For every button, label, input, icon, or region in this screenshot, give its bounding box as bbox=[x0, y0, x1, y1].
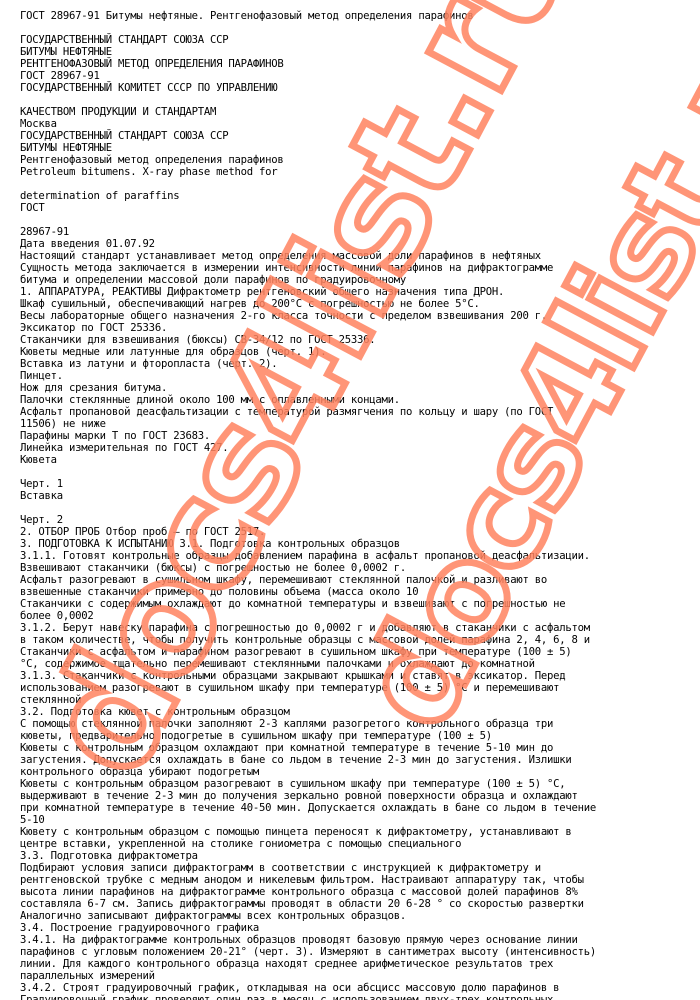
document-line: в таком количестве, чтобы получить контр… bbox=[20, 634, 700, 646]
document-line: Градуировочный график проверяют один раз… bbox=[20, 994, 700, 1000]
document-line: 28967-91 bbox=[20, 226, 700, 238]
document-line: Кювету с контрольным образцом с помощью … bbox=[20, 826, 700, 838]
document-line: Подбирают условия записи дифрактограмм в… bbox=[20, 862, 700, 874]
document-line: Асфальт пропановой деасфальтизации с тем… bbox=[20, 406, 700, 418]
blank-line bbox=[20, 502, 700, 514]
document-line: ГОСУДАРСТВЕННЫЙ КОМИТЕТ СССР ПО УПРАВЛЕН… bbox=[20, 82, 700, 94]
document-line: Вставка из латуни и фторопласта (черт. 2… bbox=[20, 358, 700, 370]
document-line: высота линии парафинов на дифрактограмме… bbox=[20, 886, 700, 898]
document-line: ГОСТ 28967-91 Битумы нефтяные. Рентгеноф… bbox=[20, 10, 700, 22]
document-line: парафинов с угловым положением 20-21° (ч… bbox=[20, 946, 700, 958]
document-line: 3.4. Построение градуировочного графика bbox=[20, 922, 700, 934]
document-line: Взвешивают стаканчики (бюксы) с погрешно… bbox=[20, 562, 700, 574]
document-line: ГОСТ 28967-91 bbox=[20, 70, 700, 82]
document-line: Палочки стеклянные длиной около 100 мм с… bbox=[20, 394, 700, 406]
document-line: Нож для срезания битума. bbox=[20, 382, 700, 394]
document-line: битума и определении массовой доли параф… bbox=[20, 274, 700, 286]
blank-line bbox=[20, 22, 700, 34]
document-line: 3. ПОДГОТОВКА К ИСПЫТАНИЮ 3.1. Подготовк… bbox=[20, 538, 700, 550]
document-line: Стаканчики с асфальтом и парафином разог… bbox=[20, 646, 700, 658]
blank-line bbox=[20, 94, 700, 106]
document-line: контрольного образца убирают подогретым bbox=[20, 766, 700, 778]
document-line: 3.3. Подготовка дифрактометра bbox=[20, 850, 700, 862]
document-line: 3.1.2. Берут навеску парафина с погрешно… bbox=[20, 622, 700, 634]
document-line: 1. АППАРАТУРА, РЕАКТИВЫ Дифрактометр рен… bbox=[20, 286, 700, 298]
document-line: центре вставки, укрепленной на столике г… bbox=[20, 838, 700, 850]
document-line: БИТУМЫ НЕФТЯНЫЕ bbox=[20, 46, 700, 58]
document-line: более 0,0002 bbox=[20, 610, 700, 622]
document-line: Черт. 1 bbox=[20, 478, 700, 490]
document-line: Кюветы медные или латунные для образцов … bbox=[20, 346, 700, 358]
document-line: взвешенные стаканчики примерно до полови… bbox=[20, 586, 700, 598]
document-line: 2. ОТБОР ПРОБ Отбор проб — по ГОСТ 2517. bbox=[20, 526, 700, 538]
document-line: Асфальт разогревают в сушильном шкафу, п… bbox=[20, 574, 700, 586]
document-line: Сущность метода заключается в измерении … bbox=[20, 262, 700, 274]
document-line: рентгеновской трубке с медным анодом и н… bbox=[20, 874, 700, 886]
blank-line bbox=[20, 214, 700, 226]
document-line: при комнатной температуре в течение 40-5… bbox=[20, 802, 700, 814]
document-line: Стаканчики с содержимым охлаждают до ком… bbox=[20, 598, 700, 610]
blank-line bbox=[20, 178, 700, 190]
document-line: Рентгенофазовый метод определения парафи… bbox=[20, 154, 700, 166]
document-line: Аналогично записывают дифрактограммы все… bbox=[20, 910, 700, 922]
document-line: КАЧЕСТВОМ ПРОДУКЦИИ И СТАНДАРТАМ bbox=[20, 106, 700, 118]
document-line: линии. Для каждого контрольного образца … bbox=[20, 958, 700, 970]
document-line: Petroleum bitumens. X-ray phase method f… bbox=[20, 166, 700, 178]
document-line: использованием разогревают в сушильном ш… bbox=[20, 682, 700, 694]
document-line: ГОСТ bbox=[20, 202, 700, 214]
document-line: Парафины марки Т по ГОСТ 23683. bbox=[20, 430, 700, 442]
document-line: Пинцет. bbox=[20, 370, 700, 382]
document-line: Кюветы с контрольным образцом охлаждают … bbox=[20, 742, 700, 754]
document-line: 5-10 bbox=[20, 814, 700, 826]
document-line: С помощью стеклянной палочки заполняют 2… bbox=[20, 718, 700, 730]
document-line: Шкаф сушильный, обеспечивающий нагрев до… bbox=[20, 298, 700, 310]
document-line: Настоящий стандарт устанавливает метод о… bbox=[20, 250, 700, 262]
document-line: determination of paraffins bbox=[20, 190, 700, 202]
document-line: параллельных измерений bbox=[20, 970, 700, 982]
document-line: Черт. 2 bbox=[20, 514, 700, 526]
document-line: загустения. Допускается охлаждать в бане… bbox=[20, 754, 700, 766]
document-line: ГОСУДАРСТВЕННЫЙ СТАНДАРТ СОЮЗА ССР bbox=[20, 130, 700, 142]
document-line: кюветы, предварительно подогретые в суши… bbox=[20, 730, 700, 742]
document-line: Кюветы с контрольным образцом разогреваю… bbox=[20, 778, 700, 790]
document-line: Весы лабораторные общего назначения 2-го… bbox=[20, 310, 700, 322]
document-line: РЕНТГЕНОФАЗОВЫЙ МЕТОД ОПРЕДЕЛЕНИЯ ПАРАФИ… bbox=[20, 58, 700, 70]
document-line: Кювета bbox=[20, 454, 700, 466]
document-line: 3.1.1. Готовят контрольные образцы добав… bbox=[20, 550, 700, 562]
document-line: Дата введения 01.07.92 bbox=[20, 238, 700, 250]
blank-line bbox=[20, 466, 700, 478]
document-line: 3.2. Подготовка кювет с контрольным обра… bbox=[20, 706, 700, 718]
document-line: Линейка измерительная по ГОСТ 427. bbox=[20, 442, 700, 454]
document-line: стеклянной bbox=[20, 694, 700, 706]
document-body: ГОСТ 28967-91 Битумы нефтяные. Рентгеноф… bbox=[20, 10, 700, 1000]
document-line: БИТУМЫ НЕФТЯНЫЕ bbox=[20, 142, 700, 154]
document-line: 3.1.3. Стаканчики с контрольными образца… bbox=[20, 670, 700, 682]
document-line: 11506) не ниже bbox=[20, 418, 700, 430]
document-line: 3.4.1. На дифрактограмме контрольных обр… bbox=[20, 934, 700, 946]
document-line: °С, содержимое тщательно перемешивают ст… bbox=[20, 658, 700, 670]
document-line: Эксикатор по ГОСТ 25336. bbox=[20, 322, 700, 334]
document-line: выдерживают в течение 2-3 мин до получен… bbox=[20, 790, 700, 802]
document-line: Москва bbox=[20, 118, 700, 130]
document-line: ГОСУДАРСТВЕННЫЙ СТАНДАРТ СОЮЗА ССР bbox=[20, 34, 700, 46]
document-line: Стаканчики для взвешивания (бюксы) СВ-34… bbox=[20, 334, 700, 346]
document-line: Вставка bbox=[20, 490, 700, 502]
document-line: составляла 6-7 см. Запись дифрактограммы… bbox=[20, 898, 700, 910]
document-line: 3.4.2. Строят градуировочный график, отк… bbox=[20, 982, 700, 994]
